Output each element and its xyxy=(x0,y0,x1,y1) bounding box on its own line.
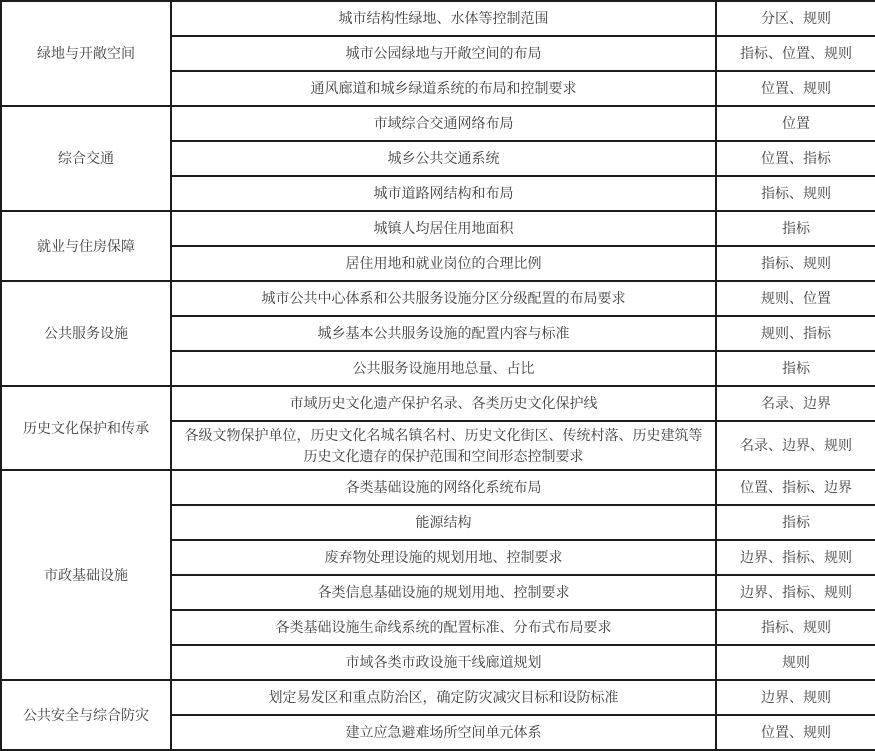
item-cell: 城乡基本公共服务设施的配置内容与标准 xyxy=(171,316,716,351)
category-cell: 历史文化保护和传承 xyxy=(1,386,171,470)
types-cell: 指标、位置、规则 xyxy=(716,36,875,71)
types-cell: 指标 xyxy=(716,211,875,246)
types-cell: 指标、规则 xyxy=(716,176,875,211)
types-cell: 位置、指标、边界 xyxy=(716,470,875,505)
category-cell: 公共服务设施 xyxy=(1,281,171,386)
planning-content-table: 绿地与开敞空间 城市结构性绿地、水体等控制范围 分区、规则 城市公园绿地与开敞空… xyxy=(0,0,875,751)
types-cell: 边界、指标、规则 xyxy=(716,575,875,610)
item-cell: 各级文物保护单位，历史文化名城名镇名村、历史文化街区、传统村落、历史建筑等历史文… xyxy=(171,421,716,470)
table-row: 绿地与开敞空间 城市结构性绿地、水体等控制范围 分区、规则 xyxy=(1,1,875,36)
category-cell: 绿地与开敞空间 xyxy=(1,1,171,106)
item-cell: 各类基础设施生命线系统的配置标准、分布式布局要求 xyxy=(171,610,716,645)
types-cell: 名录、边界 xyxy=(716,386,875,421)
types-cell: 名录、边界、规则 xyxy=(716,421,875,470)
types-cell: 指标、规则 xyxy=(716,246,875,281)
item-cell: 城市结构性绿地、水体等控制范围 xyxy=(171,1,716,36)
item-cell: 各类信息基础设施的规划用地、控制要求 xyxy=(171,575,716,610)
item-cell: 城市道路网结构和布局 xyxy=(171,176,716,211)
types-cell: 规则、指标 xyxy=(716,316,875,351)
types-cell: 指标 xyxy=(716,351,875,386)
types-cell: 位置、规则 xyxy=(716,715,875,750)
table-row: 历史文化保护和传承 市域历史文化遗产保护名录、各类历史文化保护线 名录、边界 xyxy=(1,386,875,421)
item-cell: 城镇人均居住用地面积 xyxy=(171,211,716,246)
category-cell: 市政基础设施 xyxy=(1,470,171,680)
item-cell: 通风廊道和城乡绿道系统的布局和控制要求 xyxy=(171,71,716,106)
types-cell: 规则 xyxy=(716,645,875,680)
item-cell: 市域历史文化遗产保护名录、各类历史文化保护线 xyxy=(171,386,716,421)
item-cell: 城乡公共交通系统 xyxy=(171,141,716,176)
item-cell: 能源结构 xyxy=(171,505,716,540)
item-cell: 各类基础设施的网络化系统布局 xyxy=(171,470,716,505)
category-cell: 就业与住房保障 xyxy=(1,211,171,281)
types-cell: 位置 xyxy=(716,106,875,141)
table-row: 公共服务设施 城市公共中心体系和公共服务设施分区分级配置的布局要求 规则、位置 xyxy=(1,281,875,316)
item-cell: 市域综合交通网络布局 xyxy=(171,106,716,141)
table-row: 综合交通 市域综合交通网络布局 位置 xyxy=(1,106,875,141)
types-cell: 位置、规则 xyxy=(716,71,875,106)
category-cell: 公共安全与综合防灾 xyxy=(1,680,171,750)
category-cell: 综合交通 xyxy=(1,106,171,211)
types-cell: 边界、指标、规则 xyxy=(716,540,875,575)
item-cell: 废弃物处理设施的规划用地、控制要求 xyxy=(171,540,716,575)
types-cell: 分区、规则 xyxy=(716,1,875,36)
types-cell: 指标 xyxy=(716,505,875,540)
table-row: 市政基础设施 各类基础设施的网络化系统布局 位置、指标、边界 xyxy=(1,470,875,505)
types-cell: 位置、指标 xyxy=(716,141,875,176)
types-cell: 规则、位置 xyxy=(716,281,875,316)
table-row: 就业与住房保障 城镇人均居住用地面积 指标 xyxy=(1,211,875,246)
item-cell: 城市公园绿地与开敞空间的布局 xyxy=(171,36,716,71)
item-cell: 居住用地和就业岗位的合理比例 xyxy=(171,246,716,281)
table-row: 公共安全与综合防灾 划定易发区和重点防治区，确定防灾减灾目标和设防标准 边界、规… xyxy=(1,680,875,715)
types-cell: 边界、规则 xyxy=(716,680,875,715)
item-cell: 划定易发区和重点防治区，确定防灾减灾目标和设防标准 xyxy=(171,680,716,715)
item-cell: 市域各类市政设施干线廊道规划 xyxy=(171,645,716,680)
item-cell: 城市公共中心体系和公共服务设施分区分级配置的布局要求 xyxy=(171,281,716,316)
item-cell: 公共服务设施用地总量、占比 xyxy=(171,351,716,386)
item-cell: 建立应急避难场所空间单元体系 xyxy=(171,715,716,750)
types-cell: 指标、规则 xyxy=(716,610,875,645)
planning-content-table-wrap: 绿地与开敞空间 城市结构性绿地、水体等控制范围 分区、规则 城市公园绿地与开敞空… xyxy=(0,0,875,751)
